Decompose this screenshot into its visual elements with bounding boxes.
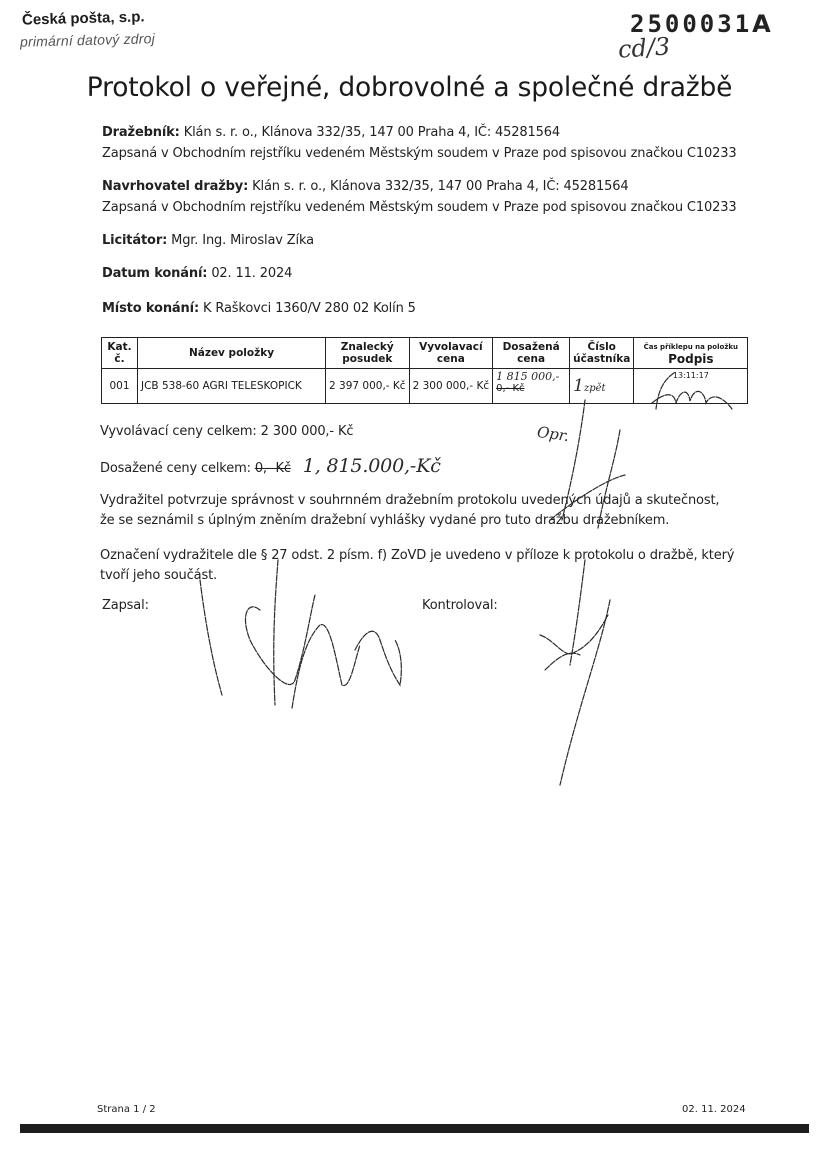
licitator-label: Licitátor: (102, 233, 167, 248)
footer-divider (20, 1124, 809, 1133)
header-appraisal-line1: Znalecký (341, 341, 394, 353)
date-label: Datum konání: (102, 266, 207, 281)
header-appraisal-line2: posudek (342, 353, 392, 365)
table-row: 001 JCB 538-60 AGRI TELESKOPICK 2 397 00… (102, 369, 748, 404)
licitator-line: Licitátor: Mgr. Ing. Miroslav Zíka (102, 233, 314, 248)
recorder-signature-icon (180, 560, 420, 720)
auctioneer-label: Dražebník: (102, 125, 180, 140)
controller-signature-icon (530, 560, 620, 800)
table-header-row: Kat. č. Název položky Znalecký posudek V… (102, 338, 748, 369)
header-cat-no: Kat. č. (102, 338, 138, 369)
achieved-price-printed: 0,- Kč (496, 383, 524, 394)
correction-signature-icon (520, 400, 620, 530)
achieved-total-label: Dosažené ceny celkem: (100, 461, 251, 476)
proposer-value: Klán s. r. o., Klánova 332/35, 147 00 Pr… (252, 179, 628, 194)
cell-cat-no: 001 (102, 369, 138, 404)
cell-item-name: JCB 538-60 AGRI TELESKOPICK (138, 369, 326, 404)
participant-note: zpět (584, 383, 606, 394)
achieved-total-handwritten: 1, 815.000,-Kč (303, 455, 441, 477)
achieved-price-handwritten: 1 815 000,- (496, 370, 559, 383)
licitator-value: Mgr. Ing. Miroslav Zíka (171, 233, 314, 248)
place-value: K Raškovci 1360/V 280 02 Kolín 5 (203, 301, 416, 316)
starting-total-value: 2 300 000,- Kč (261, 424, 354, 439)
header-starting-price: Vyvolavací cena (409, 338, 493, 369)
cell-achieved-price: 1 815 000,- 0,- Kč (493, 369, 570, 404)
document-number-suffix: A (752, 10, 774, 38)
cell-appraisal: 2 397 000,- Kč (326, 369, 410, 404)
auction-items-table: Kat. č. Název položky Znalecký posudek V… (101, 337, 748, 404)
header-starting-line1: Vyvolavací (419, 341, 482, 353)
proposer-label: Navrhovatel dražby: (102, 179, 248, 194)
date-value: 02. 11. 2024 (211, 266, 292, 281)
postal-stamp-subtitle: primární datový zdroj (20, 30, 155, 50)
confirmation-paragraph: Vydražitel potvrzuje správnost v souhrnn… (100, 491, 735, 531)
handwritten-reference: cd/3 (617, 32, 671, 64)
page-number: Strana 1 / 2 (97, 1104, 156, 1115)
postal-stamp-organization: Česká pošta, s.p. (22, 8, 145, 28)
header-achieved-line2: cena (517, 353, 545, 365)
date-line: Datum konání: 02. 11. 2024 (102, 266, 292, 281)
header-participant-no: Číslo účastníka (570, 338, 634, 369)
auctioneer-line: Dražebník: Klán s. r. o., Klánova 332/35… (102, 125, 560, 140)
buyer-signature-icon (644, 373, 744, 413)
auctioneer-value: Klán s. r. o., Klánova 332/35, 147 00 Pr… (184, 125, 560, 140)
checked-by-label: Kontroloval: (422, 598, 498, 613)
place-label: Místo konání: (102, 301, 199, 316)
header-achieved-price: Dosažená cena (493, 338, 570, 369)
header-participant-line1: Číslo (588, 341, 616, 353)
starting-total-label: Vyvolávací ceny celkem: (100, 424, 257, 439)
proposer-registration: Zapsaná v Obchodním rejstříku vedeném Mě… (102, 200, 736, 215)
header-achieved-line1: Dosažená (503, 341, 560, 353)
achieved-total-line: Dosažené ceny celkem: 0,- Kč 1, 815.000,… (100, 455, 441, 477)
document-title: Protokol o veřejné, dobrovolné a společn… (0, 72, 819, 103)
header-signature-label: Podpis (637, 353, 744, 365)
starting-total-line: Vyvolávací ceny celkem: 2 300 000,- Kč (100, 424, 353, 439)
participant-handwritten: 1 (573, 376, 584, 396)
footer-date: 02. 11. 2024 (682, 1104, 746, 1115)
achieved-total-printed: 0,- Kč (255, 461, 291, 476)
header-item-name: Název položky (138, 338, 326, 369)
cell-starting-price: 2 300 000,- Kč (409, 369, 493, 404)
auctioneer-registration: Zapsaná v Obchodním rejstříku vedeném Mě… (102, 146, 736, 161)
place-line: Místo konání: K Raškovci 1360/V 280 02 K… (102, 301, 416, 316)
header-starting-line2: cena (437, 353, 465, 365)
header-participant-line2: účastníka (573, 353, 630, 365)
header-appraisal: Znalecký posudek (326, 338, 410, 369)
recorded-by-label: Zapsal: (102, 598, 149, 613)
cell-participant-no: 1zpět (570, 369, 634, 404)
proposer-line: Navrhovatel dražby: Klán s. r. o., Kláno… (102, 179, 628, 194)
header-signature: Čas příklepu na položku Podpis (634, 338, 748, 369)
cell-signature: 13:11:17 (634, 369, 748, 404)
